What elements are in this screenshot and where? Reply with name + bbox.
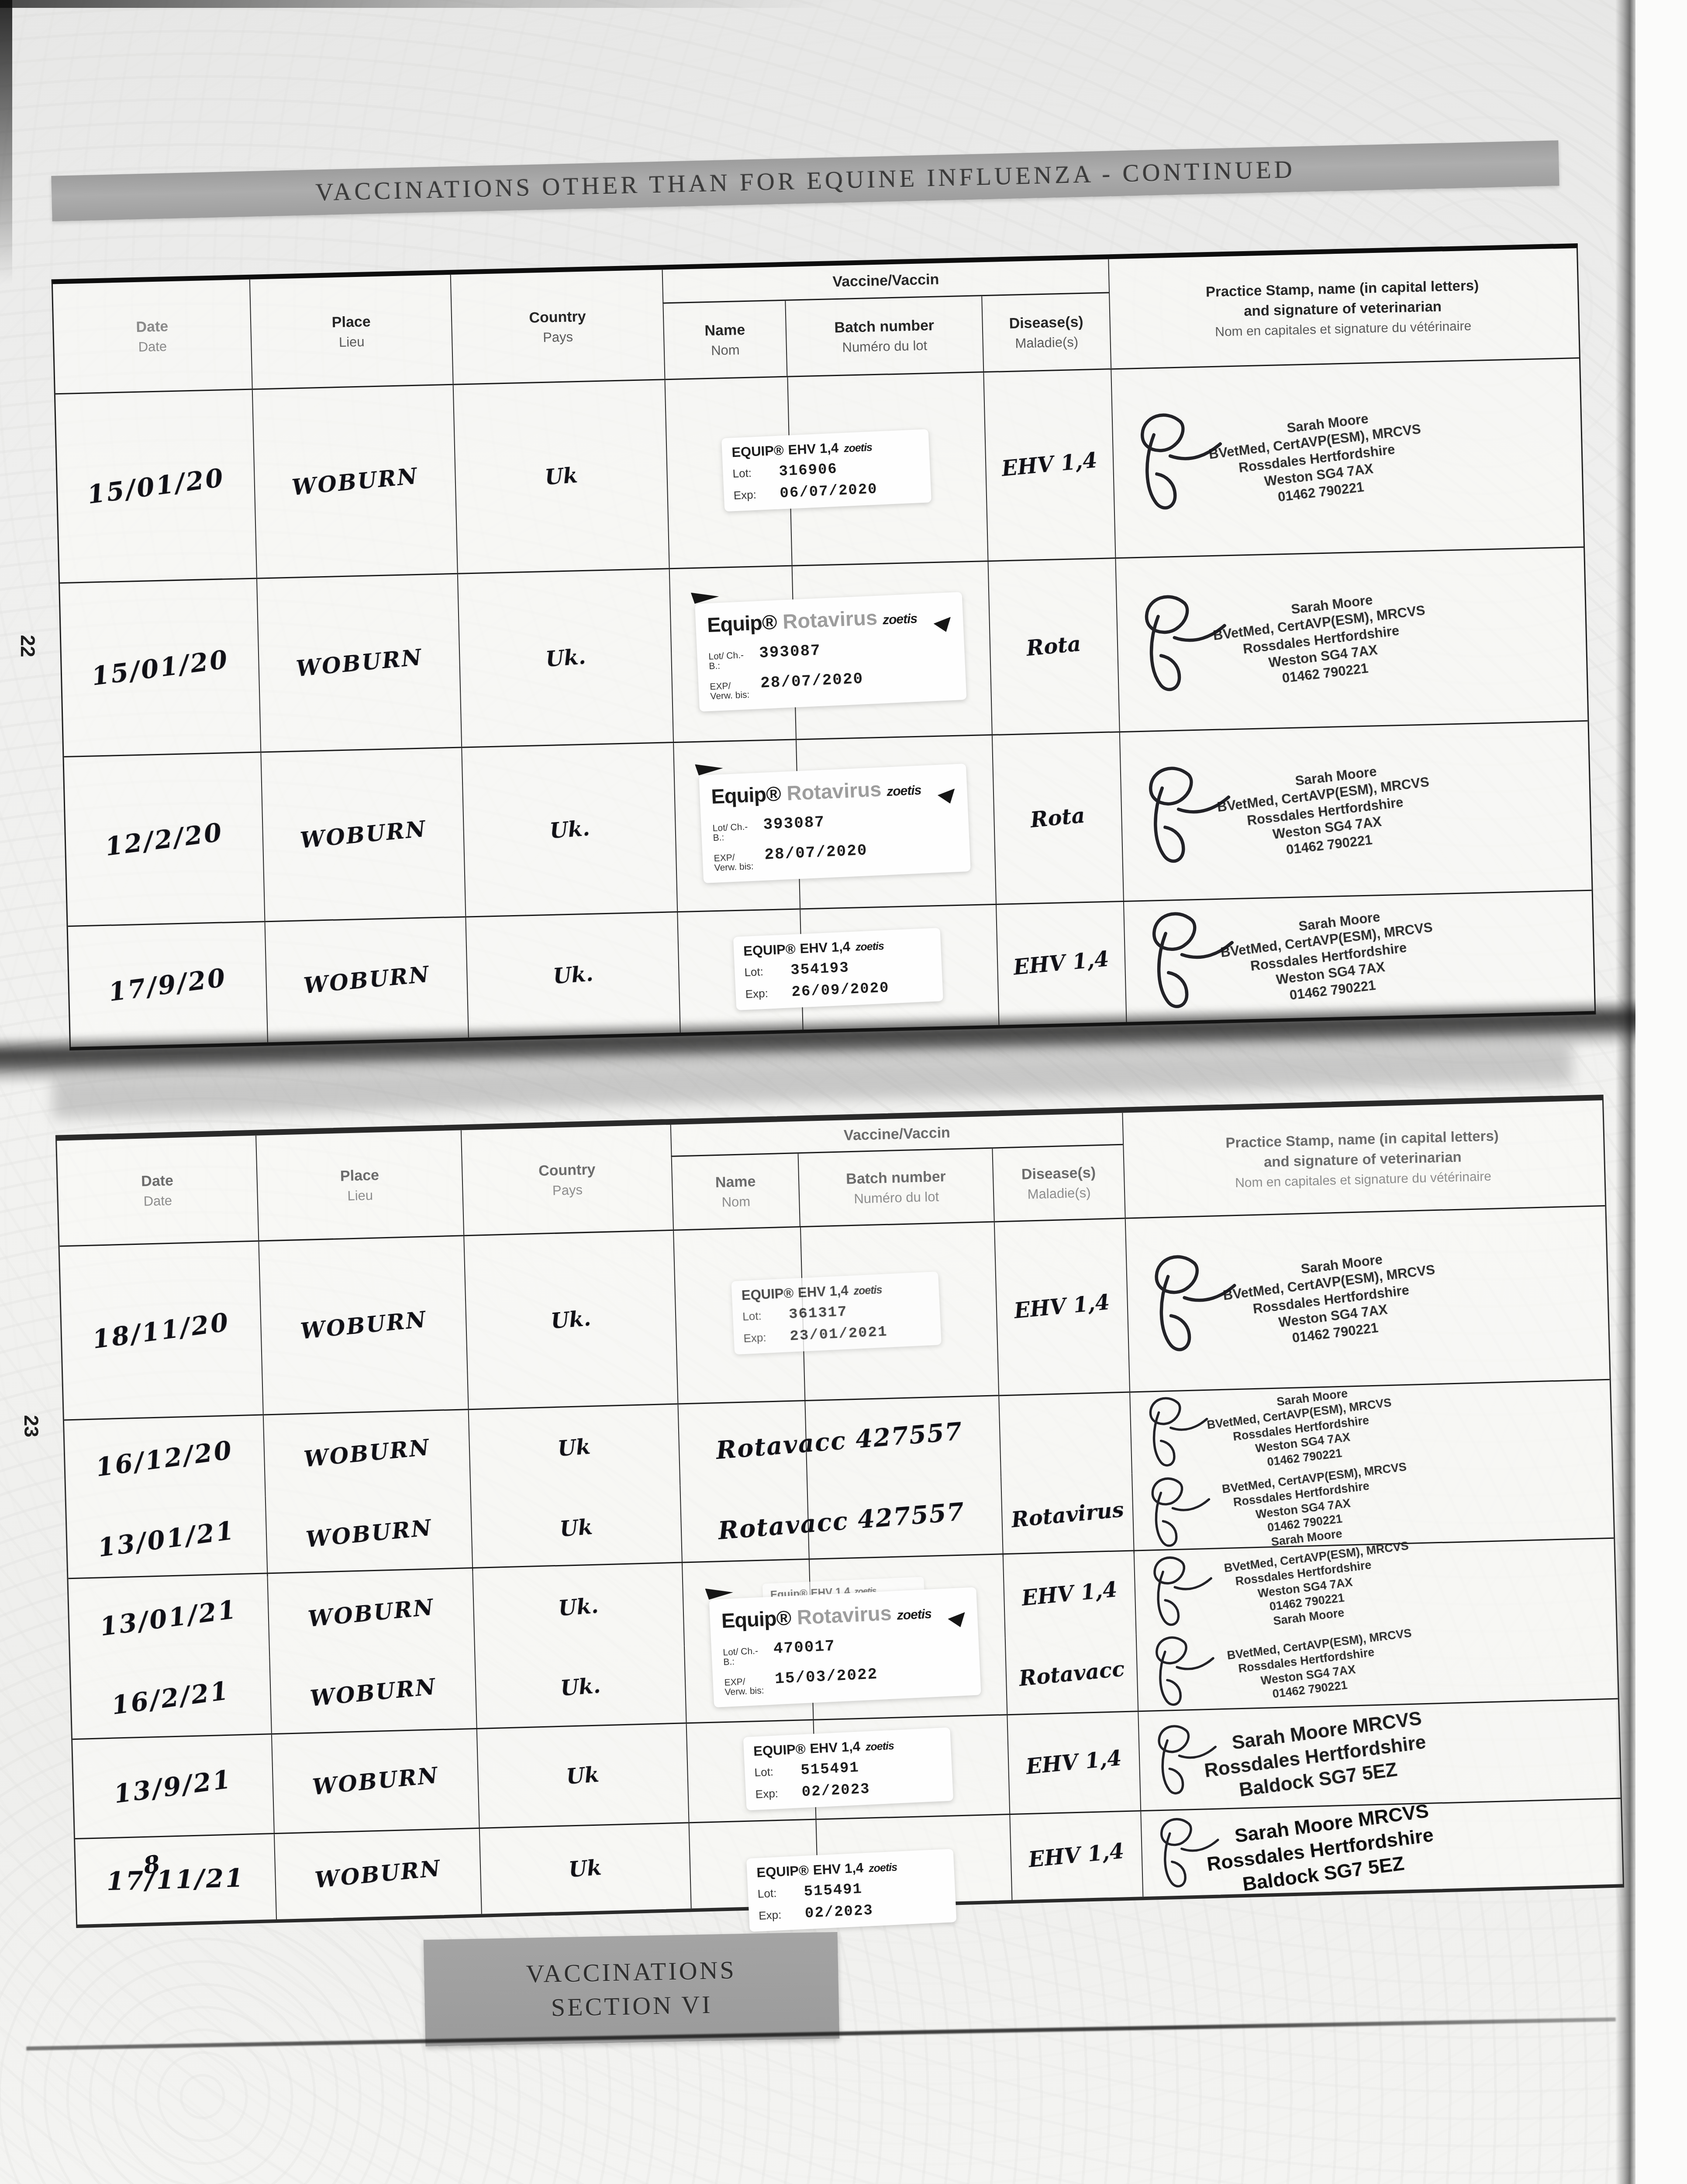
- handwritten-vaccine: Rotavacc 427557: [717, 1497, 966, 1545]
- sticker-brand: EQUIP®: [741, 1285, 794, 1303]
- scanned-page: VACCINATIONS OTHER THAN FOR EQUINE INFLU…: [0, 0, 1687, 2184]
- handwritten-place: WOBURN: [295, 644, 424, 682]
- signature-icon: [1128, 897, 1246, 1019]
- stamp-cell: Sarah Moore MRCVS Rossdales Hertfordshir…: [1140, 1799, 1620, 1897]
- header-date-en: Date: [141, 1172, 174, 1190]
- table-row: 15/01/20 WOBURN Uk. Equip® Rotavirus zoe…: [60, 546, 1587, 756]
- signature-icon: [1117, 398, 1234, 521]
- header-name: Name Nom: [662, 301, 787, 379]
- header-date-en: Date: [136, 318, 169, 336]
- handwritten-country: Uk.: [549, 816, 590, 843]
- zoetis-logo: zoetis: [843, 441, 872, 455]
- lot-value: 393087: [759, 642, 821, 662]
- sticker-product: Rotavirus: [786, 777, 882, 805]
- sticker-brand-line: Equip® Rotavirus zoetis: [711, 774, 956, 809]
- exp-label: EXP/ Verw. bis:: [714, 852, 756, 873]
- handwritten-date: 15/01/20: [86, 463, 227, 510]
- disease-cell: Rotavirus: [1000, 1473, 1134, 1557]
- sticker-brand-line: Equip® Rotavirus zoetis: [721, 1597, 966, 1633]
- date-cell: 15/01/20: [55, 390, 256, 582]
- sticker-product: EHV 1,4: [809, 1738, 860, 1756]
- header-batch-fr: Numéro du lot: [854, 1189, 939, 1206]
- date-cell: 18/11/20: [60, 1242, 263, 1420]
- vaccine-cell: Rotavacc 427557: [677, 1396, 1000, 1485]
- sticker-lot-row: Lot/ Ch.-B.:393087: [708, 636, 953, 671]
- country-cell: Uk: [470, 1486, 682, 1571]
- handwritten-country: Uk: [566, 1762, 600, 1789]
- sticker-exp-row: Exp:23/01/2021: [743, 1321, 931, 1347]
- date-cell: 17/11/21 8: [75, 1834, 276, 1925]
- practice-stamp: Sarah Moore BVetMed, CertAVP(ESM), MRCVS…: [1210, 586, 1432, 695]
- exp-label: Exp:: [743, 1331, 781, 1344]
- handwritten-date: 13/9/21: [112, 1764, 234, 1809]
- disease-cell: EHV 1,4: [983, 370, 1115, 560]
- country-cell: Uk: [476, 1724, 689, 1827]
- header-country: Country Pays: [461, 1125, 673, 1235]
- exp-label: Exp:: [758, 1908, 796, 1921]
- exp-value: 02/2023: [801, 1781, 870, 1800]
- sticker-brand-line: EQUIP® EHV 1,4 zoetis: [741, 1279, 929, 1303]
- lot-label: Lot:: [757, 1886, 795, 1900]
- header-disease-fr: Maladie(s): [1015, 335, 1078, 351]
- practice-stamp: BVetMed, CertAVP(ESM), MRCVS Rossdales H…: [1208, 1541, 1402, 1636]
- vaccine-sticker: EQUIP® EHV 1,4 zoetis Lot:515491 Exp:02/…: [746, 1849, 956, 1932]
- handwritten-country: Uk.: [550, 1306, 592, 1334]
- country-cell: Uk: [468, 1405, 680, 1491]
- sticker-exp-row: Exp:26/09/2020: [745, 978, 933, 1002]
- place-cell: WOBURN: [256, 574, 461, 752]
- page-edge-shadow: [1615, 0, 1635, 2184]
- place-cell: WOBURN: [263, 1410, 470, 1496]
- date-cell: 13/01/21: [66, 1496, 267, 1581]
- lot-label: Lot/ Ch.-B.:: [722, 1646, 765, 1667]
- header-date: Date Date: [53, 280, 252, 394]
- sticker-brand-line: EQUIP® EHV 1,4 zoetis: [731, 436, 920, 460]
- vaccine-cell: EQUIP® EHV 1,4 zoetis Lot:361317 Exp:23/…: [673, 1223, 998, 1403]
- place-cell: WOBURN: [260, 748, 465, 921]
- zoetis-logo: zoetis: [882, 612, 917, 628]
- country-cell: Uk: [453, 380, 669, 573]
- handwritten-place: WOBURN: [309, 1673, 438, 1711]
- country-cell: Uk.: [457, 569, 673, 746]
- exp-value: 28/07/2020: [760, 670, 864, 692]
- sticker-brand-line: Equip® Rotavirus zoetis: [707, 602, 952, 637]
- practice-stamp: Sarah Moore BVetMed, CertAVP(ESM), MRCVS…: [1214, 757, 1436, 866]
- sticker-exp-row: EXP/ Verw. bis:15/03/2022: [724, 1661, 969, 1697]
- section-box-line2: SECTION VI: [551, 1987, 713, 2025]
- country-cell: Uk.: [474, 1646, 686, 1728]
- place-cell: WOBURN: [258, 1236, 468, 1414]
- vaccine-sticker: EQUIP® EHV 1,4 zoetis Lot:361317 Exp:23/…: [731, 1271, 941, 1354]
- vaccination-table-page-22: Date Date Place Lieu Country Pays Vaccin…: [52, 243, 1596, 1051]
- header-country-en: Country: [529, 308, 586, 327]
- lot-value: 470017: [773, 1637, 835, 1658]
- lot-label: Lot/ Ch.-B.:: [708, 650, 751, 671]
- sticker-lot-row: Lot:515491: [757, 1877, 945, 1902]
- vaccine-sticker: EQUIP® EHV 1,4 zoetis Lot:515491 Exp:02/…: [743, 1727, 953, 1810]
- stamp-cell: Sarah Moore MRCVS Rossdales Hertfordshir…: [1138, 1700, 1618, 1811]
- header-country-en: Country: [538, 1161, 596, 1180]
- signature-icon: [1141, 1714, 1226, 1803]
- header-stamp: Practice Stamp, name (in capital letters…: [1108, 248, 1577, 368]
- disease-cell: EHV 1,4: [1003, 1551, 1136, 1638]
- signature-icon: [1131, 1240, 1249, 1363]
- header-disease-en: Disease(s): [1009, 314, 1083, 332]
- sticker-exp-row: Exp:02/2023: [758, 1899, 946, 1924]
- section-title-banner: VACCINATIONS OTHER THAN FOR EQUINE INFLU…: [51, 140, 1559, 221]
- header-name: Name Nom: [671, 1154, 800, 1230]
- vaccine-cell: EQUIP® EHV 1,4 zoetis Lot:354193 Exp:26/…: [677, 905, 998, 1033]
- stamp-cell: Sarah Moore BVetMed, CertAVP(ESM), MRCVS…: [1129, 1380, 1609, 1474]
- signature-icon: [1125, 751, 1242, 874]
- exp-value: 15/03/2022: [774, 1665, 878, 1688]
- header-disease: Disease(s) Maladie(s): [992, 1145, 1125, 1221]
- header-stamp-fr: Nom en capitales et signature du vétérin…: [1235, 1169, 1492, 1190]
- exp-label: Exp:: [755, 1787, 793, 1800]
- lot-value: 393087: [763, 813, 825, 833]
- signature-icon: [1121, 580, 1239, 703]
- exp-value: 23/01/2021: [789, 1324, 888, 1345]
- header-stamp: Practice Stamp, name (in capital letters…: [1122, 1100, 1602, 1218]
- practice-stamp: BVetMed, CertAVP(ESM), MRCVS Rossdales H…: [1207, 1462, 1400, 1557]
- handwritten-disease: Rotavirus: [1010, 1498, 1125, 1533]
- vaccine-cell: Rotavacc 427557: [680, 1477, 1003, 1565]
- vaccine-sticker: Equip® Rotavirus zoetis Lot/ Ch.-B.:3930…: [699, 764, 970, 883]
- lot-label: Lot:: [754, 1765, 792, 1778]
- place-cell: WOBURN: [265, 1491, 473, 1576]
- table-row: 15/01/20 WOBURN Uk EQUIP® EHV 1,4 zoetis…: [55, 357, 1584, 582]
- date-cell: 13/01/21: [68, 1574, 269, 1662]
- zoetis-logo: zoetis: [865, 1739, 894, 1753]
- sticker-lot-row: Lot/ Ch.-B.:393087: [712, 807, 958, 843]
- sticker-exp-row: Exp:06/07/2020: [733, 479, 921, 504]
- country-cell: Uk.: [472, 1563, 684, 1652]
- handwritten-place: WOBURN: [307, 1594, 435, 1632]
- sticker-exp-row: Exp:02/2023: [755, 1777, 943, 1803]
- vaccination-table-page-23: Date Date Place Lieu Country Pays Vaccin…: [55, 1095, 1624, 1928]
- handwritten-disease: EHV 1,4: [1025, 1746, 1123, 1780]
- disease-cell: EHV 1,4: [1009, 1811, 1142, 1900]
- date-cell: 13/9/21: [72, 1735, 274, 1838]
- sticker-brand: EQUIP®: [731, 442, 784, 460]
- handwritten-disease: EHV 1,4: [1028, 1839, 1125, 1873]
- handwritten-disease: EHV 1,4: [1001, 449, 1099, 481]
- zoetis-logo: zoetis: [887, 783, 921, 799]
- vaccine-cell: EQUIP® EHV 1,4 zoetis Lot:515491 Exp:02/…: [686, 1715, 1010, 1822]
- signature-icon: [1136, 1546, 1221, 1635]
- handwritten-disease: EHV 1,4: [1012, 947, 1110, 980]
- header-country: Country Pays: [450, 270, 665, 384]
- practice-stamp: BVetMed, CertAVP(ESM), MRCVS Rossdales H…: [1211, 1628, 1403, 1708]
- handwritten-disease: Rota: [1029, 804, 1086, 833]
- header-place: Place Lieu: [255, 1130, 463, 1240]
- lot-label: Lot/ Ch.-B.:: [712, 822, 755, 843]
- page-number-22: 22: [16, 635, 40, 657]
- sticker-lot-row: Lot:354193: [744, 956, 932, 981]
- date-cell: 15/01/20: [60, 579, 260, 756]
- disease-cell: Rotavacc: [1005, 1634, 1138, 1714]
- handwritten-place: WOBURN: [311, 1762, 440, 1800]
- exp-label: EXP/ Verw. bis:: [710, 681, 752, 702]
- handwritten-country: Uk.: [552, 961, 594, 989]
- vaccine-cell: Equip® Rotavirus zoetis Lot/ Ch.-B.:3930…: [669, 562, 992, 742]
- country-cell: Uk: [479, 1823, 691, 1914]
- vaccine-sticker: EQUIP® EHV 1,4 zoetis Lot:354193 Exp:26/…: [733, 927, 943, 1010]
- stamp-cell: Sarah Moore BVetMed, CertAVP(ESM), MRCVS…: [1111, 359, 1581, 557]
- handwritten-disease: EHV 1,4: [1013, 1290, 1111, 1324]
- sticker-lot-row: Lot:515491: [754, 1755, 942, 1781]
- header-batch-fr: Numéro du lot: [842, 338, 927, 355]
- vaccine-sticker: Equip® Rotavirus zoetis Lot/ Ch.-B.:4700…: [709, 1587, 981, 1707]
- section-box-line1: VACCINATIONS: [526, 1953, 737, 1991]
- handwritten-country: Uk.: [559, 1673, 601, 1701]
- sticker-product: Rotavirus: [796, 1601, 892, 1629]
- handwritten-date: 17/11/21: [106, 1863, 245, 1896]
- sticker-product: Rotavirus: [782, 605, 878, 634]
- country-cell: Uk.: [465, 912, 680, 1037]
- handwritten-place: WOBURN: [299, 816, 428, 854]
- header-disease-en: Disease(s): [1021, 1165, 1096, 1184]
- header-stamp-line1: Practice Stamp, name (in capital letters…: [1225, 1127, 1499, 1151]
- header-name-fr: Nom: [721, 1194, 750, 1210]
- header-batch: Batch number Numéro du lot: [785, 296, 983, 376]
- handwritten-country: Uk: [559, 1515, 593, 1542]
- place-cell: WOBURN: [267, 1569, 474, 1657]
- exp-label: Exp:: [745, 987, 783, 1000]
- practice-stamp: Sarah Moore BVetMed, CertAVP(ESM), MRCVS…: [1218, 903, 1439, 1012]
- date-cell: 16/2/21: [70, 1657, 271, 1738]
- handwritten-date: 12/2/20: [103, 817, 225, 861]
- date-cell: 16/12/20: [64, 1416, 265, 1502]
- place-cell: WOBURN: [269, 1652, 476, 1733]
- section-vi-banner: VACCINATIONS SECTION VI: [424, 1932, 840, 2046]
- header-name-fr: Nom: [711, 342, 740, 358]
- disease-cell: Rota: [988, 559, 1119, 734]
- handwritten-date: 15/01/20: [90, 644, 231, 691]
- exp-value: 26/09/2020: [791, 980, 890, 1001]
- header-place-fr: Lieu: [347, 1188, 373, 1203]
- lot-value: 354193: [790, 960, 850, 979]
- handwritten-date: 17/9/20: [107, 962, 228, 1007]
- sticker-brand: EQUIP®: [753, 1741, 806, 1759]
- date-cell: 12/2/20: [64, 753, 264, 925]
- practice-stamp: Sarah Moore BVetMed, CertAVP(ESM), MRCVS…: [1220, 1245, 1442, 1355]
- handwritten-country: Uk.: [558, 1593, 600, 1621]
- lot-value: 515491: [800, 1759, 859, 1779]
- handwritten-place: WOBURN: [302, 961, 431, 999]
- country-cell: Uk.: [463, 1231, 677, 1409]
- header-batch: Batch number Numéro du lot: [798, 1149, 994, 1227]
- signature-icon: [1143, 1807, 1228, 1896]
- stamp-cell: Sarah Moore BVetMed, CertAVP(ESM), MRCVS…: [1125, 1206, 1607, 1392]
- sticker-lot-row: Lot:361317: [742, 1299, 930, 1325]
- header-date-fr: Date: [138, 339, 167, 355]
- handwritten-country: Uk: [544, 463, 579, 490]
- place-cell: WOBURN: [271, 1729, 479, 1833]
- signature-icon: [1134, 1466, 1219, 1555]
- country-cell: Uk.: [461, 743, 677, 916]
- zoetis-logo: zoetis: [868, 1861, 897, 1875]
- vaccine-sticker: EQUIP® EHV 1,4 zoetis Lot:316906 Exp:06/…: [721, 429, 931, 511]
- vaccine-cell: Equip® Rotavirus zoetis Lot/ Ch.-B.:4700…: [684, 1638, 1007, 1722]
- handwritten-date: 13/01/21: [98, 1594, 239, 1642]
- header-vaccine-group-label: Vaccine/Vaccin: [832, 271, 939, 291]
- handwritten-disease: Rota: [1025, 632, 1082, 661]
- handwritten-place: WOBURN: [314, 1855, 442, 1893]
- handwritten-date: 16/12/20: [94, 1435, 235, 1482]
- handwritten-date: 18/11/20: [91, 1307, 232, 1355]
- date-cell: 17/9/20: [68, 922, 267, 1047]
- header-place-en: Place: [331, 314, 371, 332]
- handwritten-date: 13/01/21: [96, 1515, 237, 1563]
- sticker-lot-row: Lot:316906: [732, 457, 921, 482]
- header-stamp-line2: and signature of veterinarian: [1263, 1148, 1462, 1170]
- stamp-cell: Sarah Moore BVetMed, CertAVP(ESM), MRCVS…: [1115, 548, 1585, 731]
- header-stamp-fr: Nom en capitales et signature du vétérin…: [1215, 319, 1472, 339]
- scan-edge-top: [0, 0, 1070, 8]
- handwritten-date-wrap: 17/11/21 8: [106, 1863, 245, 1896]
- header-place: Place Lieu: [249, 275, 453, 389]
- header-disease: Disease(s) Maladie(s): [981, 293, 1111, 371]
- handwritten-place: WOBURN: [304, 1515, 433, 1553]
- header-country-fr: Pays: [552, 1182, 583, 1198]
- signature-icon: [1138, 1625, 1223, 1714]
- header-country-fr: Pays: [543, 329, 573, 345]
- sticker-brand: Equip®: [711, 781, 781, 809]
- scan-edge-left: [0, 0, 12, 284]
- sticker-exp-row: EXP/ Verw. bis:28/07/2020: [710, 666, 955, 702]
- handwritten-country: Uk: [568, 1855, 603, 1882]
- handwritten-date: 16/2/21: [110, 1675, 232, 1720]
- zoetis-logo: zoetis: [897, 1607, 932, 1623]
- header-place-fr: Lieu: [339, 334, 365, 349]
- vaccine-cell: EQUIP® EHV 1,4 zoetis Lot:515491 Exp:02/…: [689, 1815, 1012, 1908]
- practice-stamp: Sarah Moore MRCVS Rossdales Hertfordshir…: [1200, 1707, 1431, 1807]
- handwritten-disease: Rotavacc: [1018, 1657, 1126, 1691]
- handwritten-vaccine: Rotavacc 427557: [715, 1417, 964, 1465]
- scanner-background-strip: [1635, 0, 1687, 2184]
- practice-stamp: Sarah Moore MRCVS Rossdales Hertfordshir…: [1202, 1798, 1438, 1901]
- sticker-product: EHV 1,4: [788, 440, 839, 458]
- page-title: VACCINATIONS OTHER THAN FOR EQUINE INFLU…: [315, 155, 1296, 207]
- vaccine-sticker: Equip® Rotavirus zoetis Lot/ Ch.-B.:3930…: [695, 592, 966, 712]
- sticker-product: EHV 1,4: [800, 939, 851, 957]
- sticker-brand-line: EQUIP® EHV 1,4 zoetis: [756, 1856, 944, 1880]
- exp-value: 06/07/2020: [780, 481, 878, 502]
- sticker-brand-line: EQUIP® EHV 1,4 zoetis: [753, 1735, 941, 1759]
- header-batch-en: Batch number: [834, 317, 934, 336]
- exp-value: 28/07/2020: [764, 841, 868, 864]
- disease-cell: EHV 1,4: [1007, 1712, 1140, 1814]
- place-cell: WOBURN: [274, 1829, 481, 1919]
- sticker-brand: Equip®: [721, 1606, 791, 1633]
- zoetis-logo: zoetis: [853, 1284, 882, 1298]
- handwritten-country: Uk.: [545, 644, 586, 672]
- stamp-cell: BVetMed, CertAVP(ESM), MRCVS Rossdales H…: [1134, 1539, 1614, 1635]
- disease-cell: EHV 1,4: [994, 1219, 1129, 1395]
- zoetis-logo: zoetis: [855, 940, 884, 954]
- header-name-en: Name: [704, 321, 745, 339]
- header-vaccine-group-label: Vaccine/Vaccin: [844, 1124, 951, 1144]
- header-stamp-line2: and signature of veterinarian: [1244, 298, 1442, 319]
- signature-icon: [1132, 1386, 1217, 1475]
- sticker-product: EHV 1,4: [812, 1860, 863, 1878]
- lot-label: Lot:: [744, 965, 782, 978]
- disease-cell: Rota: [992, 733, 1123, 904]
- header-date-fr: Date: [143, 1193, 172, 1209]
- practice-stamp: Sarah Moore BVetMed, CertAVP(ESM), MRCVS…: [1206, 404, 1428, 513]
- lot-value: 361317: [788, 1303, 848, 1323]
- handwritten-country: Uk: [557, 1434, 591, 1462]
- stamp-cell: Sarah Moore BVetMed, CertAVP(ESM), MRCVS…: [1119, 722, 1589, 901]
- sticker-brand: EQUIP®: [743, 941, 796, 959]
- exp-value: 02/2023: [804, 1902, 873, 1922]
- exp-label: EXP/ Verw. bis:: [724, 1676, 767, 1697]
- page-number-23: 23: [20, 1415, 43, 1437]
- handwritten-place: WOBURN: [303, 1434, 431, 1472]
- place-cell: WOBURN: [252, 385, 457, 578]
- disease-cell: [998, 1393, 1132, 1477]
- disease-cell: EHV 1,4: [996, 902, 1126, 1025]
- lot-value: 316906: [779, 461, 838, 480]
- sticker-brand: EQUIP®: [756, 1863, 809, 1881]
- header-date: Date Date: [57, 1136, 258, 1246]
- header-disease-fr: Maladie(s): [1027, 1185, 1091, 1202]
- handwritten-disease: EHV 1,4: [1021, 1578, 1118, 1611]
- sticker-product: EHV 1,4: [797, 1282, 849, 1300]
- sticker-brand-line: EQUIP® EHV 1,4 zoetis: [743, 935, 931, 959]
- stamp-cell: BVetMed, CertAVP(ESM), MRCVS Rossdales H…: [1136, 1622, 1615, 1711]
- practice-stamp: Sarah Moore BVetMed, CertAVP(ESM), MRCVS…: [1204, 1381, 1398, 1476]
- sticker-lot-row: Lot/ Ch.-B.:470017: [722, 1631, 968, 1667]
- header-place-en: Place: [340, 1167, 379, 1185]
- vaccine-cell: Equip® Rotavirus zoetis Lot/ Ch.-B.:3930…: [673, 736, 996, 911]
- exp-label: Exp:: [733, 488, 771, 501]
- sticker-brand: Equip®: [707, 610, 777, 637]
- header-batch-en: Batch number: [846, 1168, 946, 1188]
- lot-value: 515491: [803, 1881, 862, 1900]
- vaccine-cell: EQUIP® EHV 1,4 zoetis Lot:316906 Exp:06/…: [665, 373, 988, 568]
- header-name-en: Name: [715, 1173, 756, 1192]
- sticker-exp-row: EXP/ Verw. bis:28/07/2020: [714, 837, 959, 873]
- handwritten-place: WOBURN: [299, 1306, 428, 1344]
- handwritten-place: WOBURN: [290, 463, 419, 500]
- lot-label: Lot:: [732, 466, 770, 480]
- header-stamp-line1: Practice Stamp, name (in capital letters…: [1205, 277, 1479, 300]
- place-cell: WOBURN: [264, 918, 468, 1043]
- lot-label: Lot:: [742, 1309, 780, 1323]
